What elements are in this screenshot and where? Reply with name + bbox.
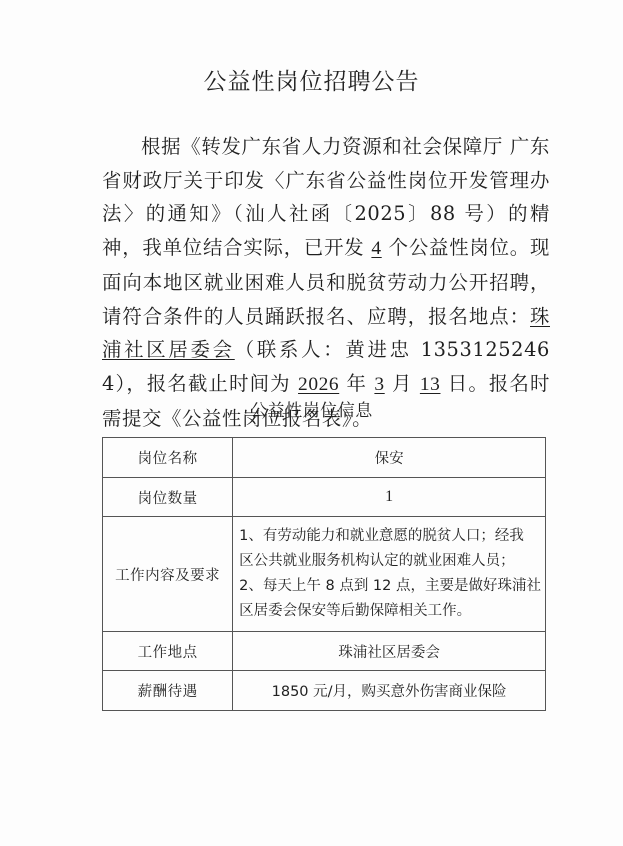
row-label: 薪酬待遇 (103, 671, 233, 711)
body-segment-6: 年 (339, 372, 374, 395)
positions-count: 4 (371, 238, 381, 259)
table-row-work-location: 工作地点 珠浦社区居委会 (103, 632, 546, 671)
announcement-paragraph: 根据《转发广东省人力资源和社会保障厅 广东省财政厅关于印发〈广东省公益性岗位开发… (102, 130, 550, 435)
row-label: 工作地点 (103, 632, 233, 671)
document-page: 公益性岗位招聘公告 根据《转发广东省人力资源和社会保障厅 广东省财政厅关于印发〈… (0, 0, 623, 846)
deadline-day: 13 (420, 374, 441, 395)
page-title: 公益性岗位招聘公告 (0, 66, 623, 98)
deadline-year: 2026 (298, 374, 339, 395)
requirement-line: 区公共就业服务机构认定的就业困难人员； (239, 549, 541, 574)
row-label: 工作内容及要求 (103, 517, 233, 632)
count-value: 1 (385, 488, 393, 505)
table-row-position-count: 岗位数量 1 (103, 478, 546, 517)
requirement-line: 区居委会保安等后勤保障相关工作。 (239, 599, 541, 624)
row-value: 保安 (233, 438, 546, 478)
table-title: 公益性岗位信息 (0, 398, 623, 424)
table-row-position-name: 岗位名称 保安 (103, 438, 546, 478)
position-info-table: 岗位名称 保安 岗位数量 1 工作内容及要求 1、有劳动能力和就业意愿的脱贫人口… (102, 437, 546, 711)
row-value: 1 (233, 478, 546, 517)
deadline-month: 3 (374, 374, 384, 395)
requirement-line: 1、有劳动能力和就业意愿的脱贫人口；经我 (239, 524, 541, 549)
table-row-salary: 薪酬待遇 1850 元/月，购买意外伤害商业保险 (103, 671, 546, 711)
table-row-job-requirements: 工作内容及要求 1、有劳动能力和就业意愿的脱贫人口；经我 区公共就业服务机构认定… (103, 517, 546, 632)
body-segment-8: 月 (385, 372, 420, 395)
row-value: 1、有劳动能力和就业意愿的脱贫人口；经我 区公共就业服务机构认定的就业困难人员；… (233, 517, 546, 632)
row-label: 岗位数量 (103, 478, 233, 517)
row-value: 珠浦社区居委会 (233, 632, 546, 671)
row-label: 岗位名称 (103, 438, 233, 478)
requirement-line: 2、每天上午 8 点到 12 点，主要是做好珠浦社 (239, 574, 541, 599)
row-value: 1850 元/月，购买意外伤害商业保险 (233, 671, 546, 711)
